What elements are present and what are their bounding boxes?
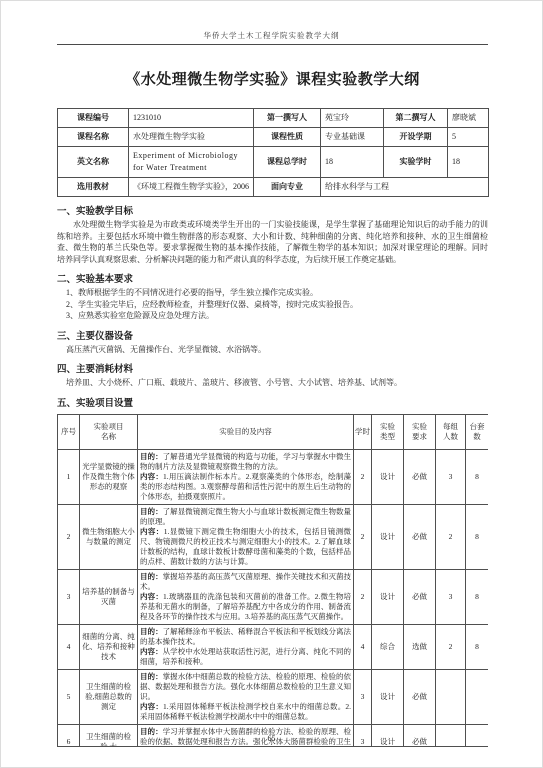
requirement-item-2: 2、学生实验完毕后，应经教师检查，并整理好仪器、桌椅等，按时完成实验报告。 <box>57 299 488 311</box>
project-type: 综合 <box>372 624 404 669</box>
course-type-label: 课程性质 <box>254 128 321 147</box>
project-row-4: 4 细菌的分离、纯化、培养和接种技术 目的：了解稀释涂布平板法、稀释混合平板法和… <box>58 624 489 669</box>
project-group-size: 2 <box>436 624 466 669</box>
projects-header-row: 序号 实验项目名称 实验目的及内容 学时 实验类型 实验要求 每组人数 台套数 <box>58 414 489 449</box>
semester-value: 5 <box>448 128 489 147</box>
project-sets <box>466 669 489 724</box>
project-requirement: 必做 <box>404 504 436 569</box>
textbook-label: 选用教材 <box>58 178 129 197</box>
project-no: 5 <box>58 669 80 724</box>
header-type: 实验类型 <box>372 414 404 449</box>
project-type: 设计 <box>372 669 404 724</box>
content-label: 内容： <box>140 472 163 481</box>
section-projects: 五、实验项目设置 序号 实验项目名称 实验目的及内容 学时 实验类型 实验要求 <box>57 395 488 747</box>
section-projects-heading: 五、实验项目设置 <box>57 395 488 409</box>
project-row-1: 1 光学显微镜的操作及微生物个体形态的观察 目的：了解普通光学显微镜的构造与功能… <box>58 449 489 504</box>
project-type: 设计 <box>372 569 404 624</box>
project-requirement: 选做 <box>404 624 436 669</box>
materials-list: 培养皿、大小烧杯、广口瓶、载玻片、盖玻片、移液管、小号管、大小试管、培养基、试剂… <box>57 377 488 389</box>
header-name: 实验项目名称 <box>80 414 138 449</box>
writer2-label: 第二撰写人 <box>384 109 448 128</box>
project-purpose: 掌握水体中细菌总数的检验方法、检验的原理、检验的依据、数据处理和报告方法。强化水… <box>140 672 351 701</box>
course-name-label: 课程名称 <box>58 128 129 147</box>
section-goals-heading: 一、实验教学目标 <box>57 203 488 217</box>
projects-table: 序号 实验项目名称 实验目的及内容 学时 实验类型 实验要求 每组人数 台套数 … <box>57 414 488 747</box>
project-hours: 4 <box>354 624 372 669</box>
purpose-label: 目的： <box>140 452 163 461</box>
project-requirement: 必做 <box>404 449 436 504</box>
project-row-2: 2 微生物细胞大小与数量的测定 目的：了解显微镜测定微生物大小与血球计数板测定微… <box>58 504 489 569</box>
project-name: 光学显微镜的操作及微生物个体形态的观察 <box>80 449 138 504</box>
header-no: 序号 <box>58 414 80 449</box>
project-purpose: 了解稀释涂布平板法、稀释混合平板法和平板划线分离法的基本操作技术。 <box>140 627 351 646</box>
section-goals: 一、实验教学目标 水处理微生物学实验是为市政类或环境类学生开出的一门实验技能课，… <box>57 203 488 265</box>
document-page: 华侨大学土木工程学院实验教学大纲 《水处理微生物学实验》课程实验教学大纲 课程编… <box>0 0 543 768</box>
lab-hours-value: 18 <box>448 147 489 178</box>
major-value: 给排水科学与工程 <box>321 178 489 197</box>
project-purpose: 了解普通光学显微镜的构造与功能，学习与掌握水中微生物的制片方法及显微镜观察微生物… <box>140 452 351 471</box>
section-requirements: 二、实验基本要求 1、教师根据学生的不同情况进行必要的指导，学生独立操作完成实验… <box>57 271 488 322</box>
purpose-label: 目的： <box>140 572 163 581</box>
header-group-size: 每组人数 <box>436 414 466 449</box>
textbook-value: 《环境工程微生物学实验》，2006 <box>129 178 254 197</box>
course-name-value: 水处理微生物学实验 <box>129 128 254 147</box>
project-no: 3 <box>58 569 80 624</box>
project-detail: 目的：了解显微镜测定微生物大小与血球计数板测定微生物数量的原理。 内容：1.显微… <box>138 504 354 569</box>
section-requirements-heading: 二、实验基本要求 <box>57 271 488 285</box>
info-row-1: 课程编号 1231010 第一撰写人 苑宝玲 第二撰写人 廖晓斌 <box>58 109 489 128</box>
project-hours: 3 <box>354 669 372 724</box>
purpose-label: 目的： <box>140 507 163 516</box>
project-sets: 8 <box>466 624 489 669</box>
writer1-value: 苑宝玲 <box>321 109 384 128</box>
content-label: 内容： <box>140 702 163 711</box>
project-name: 培养基的制备与灭菌 <box>80 569 138 624</box>
content-label: 内容： <box>140 592 163 601</box>
project-no: 2 <box>58 504 80 569</box>
project-name: 微生物细胞大小与数量的测定 <box>80 504 138 569</box>
total-hours-label: 课程总学时 <box>254 147 321 178</box>
english-name-label: 英文名称 <box>58 147 129 178</box>
project-purpose: 掌握培养基的高压蒸气灭菌原理、操作关键技术和灭菌技术。 <box>140 572 351 591</box>
section-equipment-heading: 三、主要仪器设备 <box>57 328 488 342</box>
semester-label: 开设学期 <box>384 128 448 147</box>
project-row-3: 3 培养基的制备与灭菌 目的：掌握培养基的高压蒸气灭菌原理、操作关键技术和灭菌技… <box>58 569 489 624</box>
equipment-list: 高压蒸汽灭菌锅、无菌操作台、光学显微镜、水浴锅等。 <box>57 344 488 356</box>
project-hours: 2 <box>354 504 372 569</box>
project-name: 细菌的分离、纯化、培养和接种技术 <box>80 624 138 669</box>
course-code-label: 课程编号 <box>58 109 129 128</box>
running-header: 华侨大学土木工程学院实验教学大纲 <box>1 1 542 41</box>
course-type-value: 专业基础课 <box>321 128 384 147</box>
project-no: 1 <box>58 449 80 504</box>
project-content: 从学校中水处理站获取活性污泥，进行分离、纯化不同的细菌，培养和接种。 <box>140 647 351 666</box>
project-purpose: 了解显微镜测定微生物大小与血球计数板测定微生物数量的原理。 <box>140 507 351 526</box>
project-group-size <box>436 669 466 724</box>
writer1-label: 第一撰写人 <box>254 109 321 128</box>
project-group-size: 3 <box>436 449 466 504</box>
purpose-label: 目的： <box>140 627 163 636</box>
info-row-2: 课程名称 水处理微生物学实验 课程性质 专业基础课 开设学期 5 <box>58 128 489 147</box>
requirement-item-3: 3、应熟悉实验室危险源及应急处理方法。 <box>57 310 488 322</box>
project-hours: 2 <box>354 449 372 504</box>
total-hours-value: 18 <box>321 147 384 178</box>
writer2-value: 廖晓斌 <box>448 109 489 128</box>
course-code-value: 1231010 <box>129 109 254 128</box>
page-content: 《水处理微生物学实验》课程实验教学大纲 课程编号 1231010 第一撰写人 苑… <box>57 44 488 747</box>
project-name: 卫生细菌的检验,细菌总数的测定 <box>80 669 138 724</box>
project-sets: 8 <box>466 504 489 569</box>
page-number: 65 <box>1 734 542 743</box>
project-requirement: 必做 <box>404 669 436 724</box>
project-content: 1.用压滴法制作标本片。2.观察藻类的个体形态，绘制藻类的形态结构图。3.观察酵… <box>140 472 351 501</box>
project-sets: 8 <box>466 569 489 624</box>
header-purpose-content: 实验目的及内容 <box>138 414 354 449</box>
project-no: 4 <box>58 624 80 669</box>
course-info-table: 课程编号 1231010 第一撰写人 苑宝玲 第二撰写人 廖晓斌 课程名称 水处… <box>57 108 489 197</box>
projects-table-clip: 序号 实验项目名称 实验目的及内容 学时 实验类型 实验要求 每组人数 台套数 … <box>57 414 488 747</box>
section-goals-paragraph: 水处理微生物学实验是为市政类或环境类学生开出的一门实验技能课，是学生掌握了基础理… <box>57 219 488 265</box>
header-requirement: 实验要求 <box>404 414 436 449</box>
section-materials: 四、主要消耗材料 培养皿、大小烧杯、广口瓶、载玻片、盖玻片、移液管、小号管、大小… <box>57 361 488 389</box>
document-title: 《水处理微生物学实验》课程实验教学大纲 <box>57 68 488 89</box>
content-label: 内容： <box>140 527 164 536</box>
project-type: 设计 <box>372 449 404 504</box>
project-content: 1.采用固体稀释平板法检测学校自来水中的细菌总数。2.采用固体稀释平板法检测学校… <box>140 702 351 721</box>
project-detail: 目的：掌握水体中细菌总数的检验方法、检验的原理、检验的依据、数据处理和报告方法。… <box>138 669 354 724</box>
section-materials-heading: 四、主要消耗材料 <box>57 361 488 375</box>
lab-hours-label: 实验学时 <box>384 147 448 178</box>
project-type: 设计 <box>372 504 404 569</box>
project-group-size: 2 <box>436 504 466 569</box>
info-row-3: 英文名称 Experiment of Microbiology for Wate… <box>58 147 489 178</box>
requirement-item-1: 1、教师根据学生的不同情况进行必要的指导，学生独立操作完成实验。 <box>57 287 488 299</box>
project-sets: 8 <box>466 449 489 504</box>
info-row-4: 选用教材 《环境工程微生物学实验》，2006 面向专业 给排水科学与工程 <box>58 178 489 197</box>
project-detail: 目的：掌握培养基的高压蒸气灭菌原理、操作关键技术和灭菌技术。 内容：1.玻璃器皿… <box>138 569 354 624</box>
content-label: 内容： <box>140 647 163 656</box>
project-content: 1.玻璃器皿的洗涤包装和灭菌前的准备工作。2.微生物培养基和无菌水的制备，了解培… <box>140 592 351 621</box>
purpose-label: 目的： <box>140 672 163 681</box>
english-name-value: Experiment of Microbiology for Water Tre… <box>129 147 254 178</box>
project-detail: 目的：了解普通光学显微镜的构造与功能，学习与掌握水中微生物的制片方法及显微镜观察… <box>138 449 354 504</box>
project-detail: 目的：了解稀释涂布平板法、稀释混合平板法和平板划线分离法的基本操作技术。 内容：… <box>138 624 354 669</box>
project-row-5: 5 卫生细菌的检验,细菌总数的测定 目的：掌握水体中细菌总数的检验方法、检验的原… <box>58 669 489 724</box>
header-rule <box>57 44 488 45</box>
project-content: 1.显微镜下测定微生物细胞大小的技术，包括目镜测微尺、物镜测微尺的校正技术与测定… <box>140 527 351 566</box>
major-label: 面向专业 <box>254 178 321 197</box>
header-sets: 台套数 <box>466 414 489 449</box>
section-equipment: 三、主要仪器设备 高压蒸汽灭菌锅、无菌操作台、光学显微镜、水浴锅等。 <box>57 328 488 356</box>
project-hours: 2 <box>354 569 372 624</box>
project-group-size: 3 <box>436 569 466 624</box>
project-requirement: 必做 <box>404 569 436 624</box>
header-hours: 学时 <box>354 414 372 449</box>
